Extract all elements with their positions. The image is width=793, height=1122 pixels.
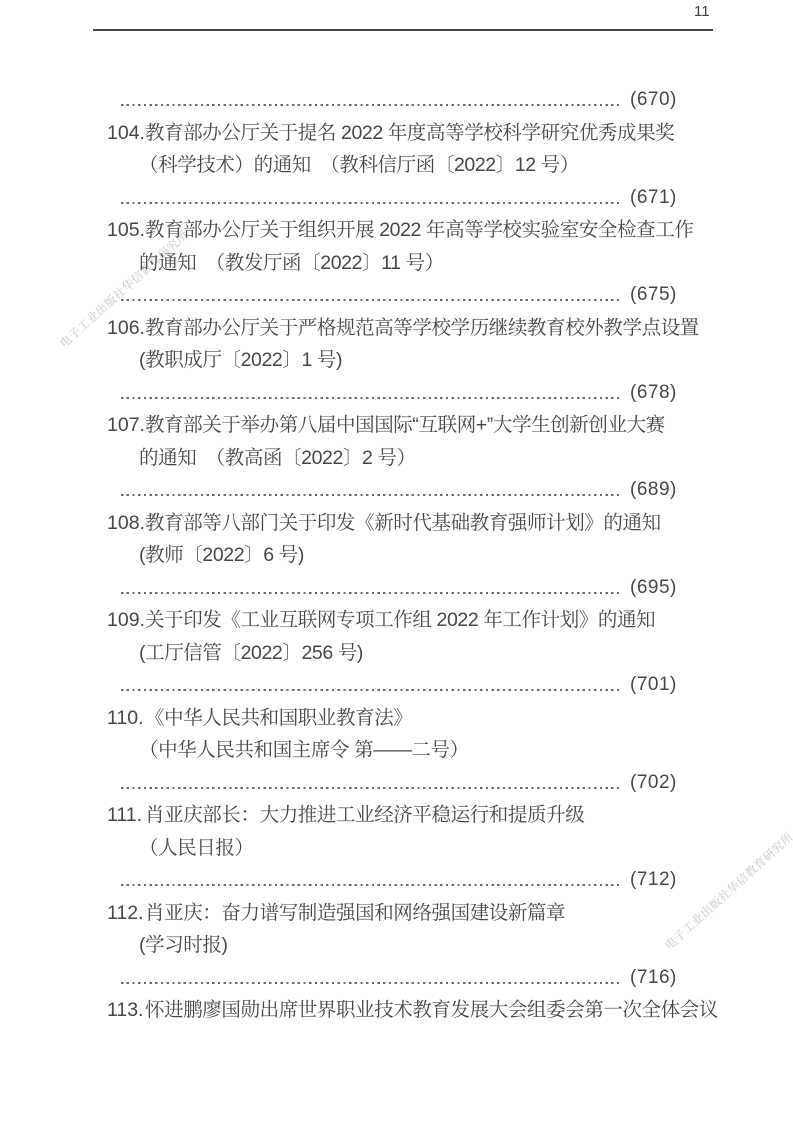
page-ref: (678): [630, 377, 677, 410]
page-number: 11: [694, 3, 710, 20]
leader-row: (670): [121, 84, 727, 117]
leader-row: (702): [121, 767, 727, 800]
dotted-leader-icon: [121, 494, 621, 496]
entry-title-row: 106. 教育部办公厅关于严格规范高等学校学历继续教育校外教学点设置: [107, 312, 727, 345]
leader-row: (712): [121, 864, 727, 897]
entry-title-row: 112. 肖亚庆：奋力谱写制造强国和网络强国建设新篇章: [107, 897, 727, 930]
toc-entry: 110. 《中华人民共和国职业教育法》 （中华人民共和国主席令 第——二号） (…: [107, 702, 727, 800]
entry-title-row: 108. 教育部等八部门关于印发《新时代基础教育强师计划》的通知: [107, 507, 727, 540]
page-ref: (701): [630, 669, 677, 702]
page-ref: (695): [630, 572, 677, 605]
entry-title: 《中华人民共和国职业教育法》: [145, 702, 412, 735]
dotted-leader-icon: [121, 104, 621, 106]
entry-title: 教育部办公厅关于提名 2022 年度高等学校科学研究优秀成果奖: [145, 117, 674, 150]
entry-title: 肖亚庆：奋力谱写制造强国和网络强国建设新篇章: [145, 897, 565, 930]
entry-number: 108.: [107, 507, 145, 540]
entry-subtitle: （人民日报）: [107, 832, 727, 865]
dotted-leader-icon: [121, 884, 621, 886]
dotted-leader-icon: [121, 982, 621, 984]
dotted-leader-icon: [121, 299, 621, 301]
page-ref: (689): [630, 474, 677, 507]
entry-subtitle: 的通知 （教高函〔2022〕2 号）: [107, 442, 727, 475]
page-ref: (712): [630, 864, 677, 897]
leader-row: (671): [121, 182, 727, 215]
entry-number: 105.: [107, 214, 145, 247]
toc-entry: 108. 教育部等八部门关于印发《新时代基础教育强师计划》的通知 (教师〔202…: [107, 507, 727, 605]
document-page: 11 电子工业出版社华信教育研究所 电子工业出版社华信教育研究所 (670) 1…: [0, 0, 793, 1122]
entry-subtitle: 的通知 （教发厅函〔2022〕11 号）: [107, 247, 727, 280]
entry-number: 109.: [107, 604, 145, 637]
toc-entry: 104. 教育部办公厅关于提名 2022 年度高等学校科学研究优秀成果奖 （科学…: [107, 117, 727, 215]
entry-title: 教育部办公厅关于组织开展 2022 年高等学校实验室安全检查工作: [145, 214, 693, 247]
entry-number: 111.: [107, 799, 145, 832]
entry-subtitle: (教师〔2022〕6 号): [107, 539, 727, 572]
page-ref: (716): [630, 962, 677, 995]
dotted-leader-icon: [121, 397, 621, 399]
toc-entry: 106. 教育部办公厅关于严格规范高等学校学历继续教育校外教学点设置 (教职成厅…: [107, 312, 727, 410]
leader-row: (695): [121, 572, 727, 605]
entry-title: 教育部办公厅关于严格规范高等学校学历继续教育校外教学点设置: [145, 312, 699, 345]
leader-row: (689): [121, 474, 727, 507]
entry-number: 104.: [107, 117, 145, 150]
entry-title: 肖亚庆部长：大力推进工业经济平稳运行和提质升级: [145, 799, 584, 832]
entry-title-row: 111. 肖亚庆部长：大力推进工业经济平稳运行和提质升级: [107, 799, 727, 832]
entry-title-row: 107. 教育部关于举办第八届中国国际“互联网+”大学生创新创业大赛: [107, 409, 727, 442]
entry-number: 113.: [107, 994, 145, 1027]
entry-title: 教育部等八部门关于印发《新时代基础教育强师计划》的通知: [145, 507, 661, 540]
page-ref: (670): [630, 84, 677, 117]
entry-title-row: 104. 教育部办公厅关于提名 2022 年度高等学校科学研究优秀成果奖: [107, 117, 727, 150]
leader-row: (678): [121, 377, 727, 410]
dotted-leader-icon: [121, 592, 621, 594]
entry-title: 关于印发《工业互联网专项工作组 2022 年工作计划》的通知: [145, 604, 655, 637]
toc-entry: 111. 肖亚庆部长：大力推进工业经济平稳运行和提质升级 （人民日报） (712…: [107, 799, 727, 897]
entry-title: 怀进鹏廖国勋出席世界职业技术教育发展大会组委会第一次全体会议: [145, 994, 718, 1027]
toc-entry: 109. 关于印发《工业互联网专项工作组 2022 年工作计划》的通知 (工厅信…: [107, 604, 727, 702]
toc-entry: 113. 怀进鹏廖国勋出席世界职业技术教育发展大会组委会第一次全体会议: [107, 994, 727, 1027]
dotted-leader-icon: [121, 689, 621, 691]
entry-number: 112.: [107, 897, 145, 930]
entry-title-row: 110. 《中华人民共和国职业教育法》: [107, 702, 727, 735]
entry-subtitle: （科学技术）的通知 （教科信厅函〔2022〕12 号）: [107, 149, 727, 182]
entry-number: 107.: [107, 409, 145, 442]
toc-list: (670) 104. 教育部办公厅关于提名 2022 年度高等学校科学研究优秀成…: [107, 84, 727, 1027]
leader-row: (675): [121, 279, 727, 312]
toc-entry: 112. 肖亚庆：奋力谱写制造强国和网络强国建设新篇章 (学习时报) (716): [107, 897, 727, 995]
entry-subtitle: (教职成厅〔2022〕1 号): [107, 344, 727, 377]
toc-entry: 107. 教育部关于举办第八届中国国际“互联网+”大学生创新创业大赛 的通知 （…: [107, 409, 727, 507]
dotted-leader-icon: [121, 787, 621, 789]
entry-title: 教育部关于举办第八届中国国际“互联网+”大学生创新创业大赛: [145, 409, 665, 442]
entry-subtitle: （中华人民共和国主席令 第——二号）: [107, 734, 727, 767]
page-ref: (702): [630, 767, 677, 800]
toc-entry: 105. 教育部办公厅关于组织开展 2022 年高等学校实验室安全检查工作 的通…: [107, 214, 727, 312]
entry-subtitle: (学习时报): [107, 929, 727, 962]
entry-subtitle: (工厅信管〔2022〕256 号): [107, 637, 727, 670]
leader-row: (701): [121, 669, 727, 702]
page-ref: (675): [630, 279, 677, 312]
entry-title-row: 109. 关于印发《工业互联网专项工作组 2022 年工作计划》的通知: [107, 604, 727, 637]
entry-title-row: 105. 教育部办公厅关于组织开展 2022 年高等学校实验室安全检查工作: [107, 214, 727, 247]
header-rule: [93, 29, 713, 31]
toc-entries: 104. 教育部办公厅关于提名 2022 年度高等学校科学研究优秀成果奖 （科学…: [107, 117, 727, 1027]
page-ref: (671): [630, 182, 677, 215]
dotted-leader-icon: [121, 202, 621, 204]
leader-row: (716): [121, 962, 727, 995]
entry-number: 110.: [107, 702, 145, 735]
entry-title-row: 113. 怀进鹏廖国勋出席世界职业技术教育发展大会组委会第一次全体会议: [107, 994, 727, 1027]
entry-number: 106.: [107, 312, 145, 345]
